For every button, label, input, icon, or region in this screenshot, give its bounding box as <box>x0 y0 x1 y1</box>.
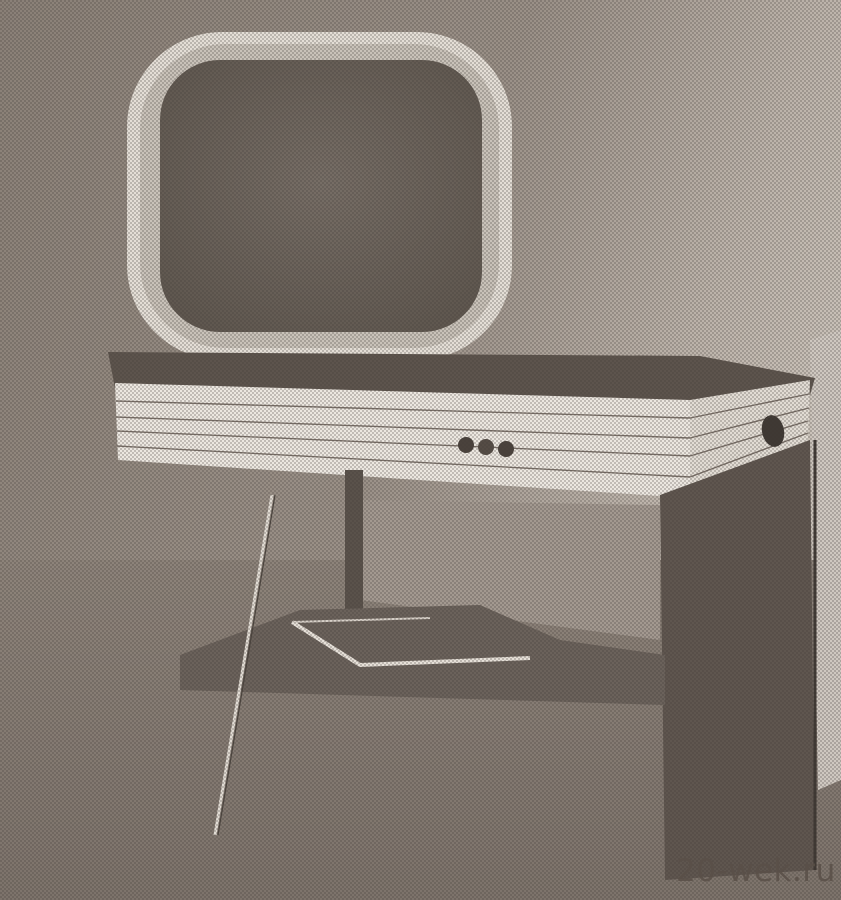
halftone-overlay-fine <box>0 0 841 900</box>
watermark-text: 20-wek.ru <box>676 853 836 889</box>
vintage-tv-photo <box>0 0 841 900</box>
photo-canvas <box>0 0 841 900</box>
